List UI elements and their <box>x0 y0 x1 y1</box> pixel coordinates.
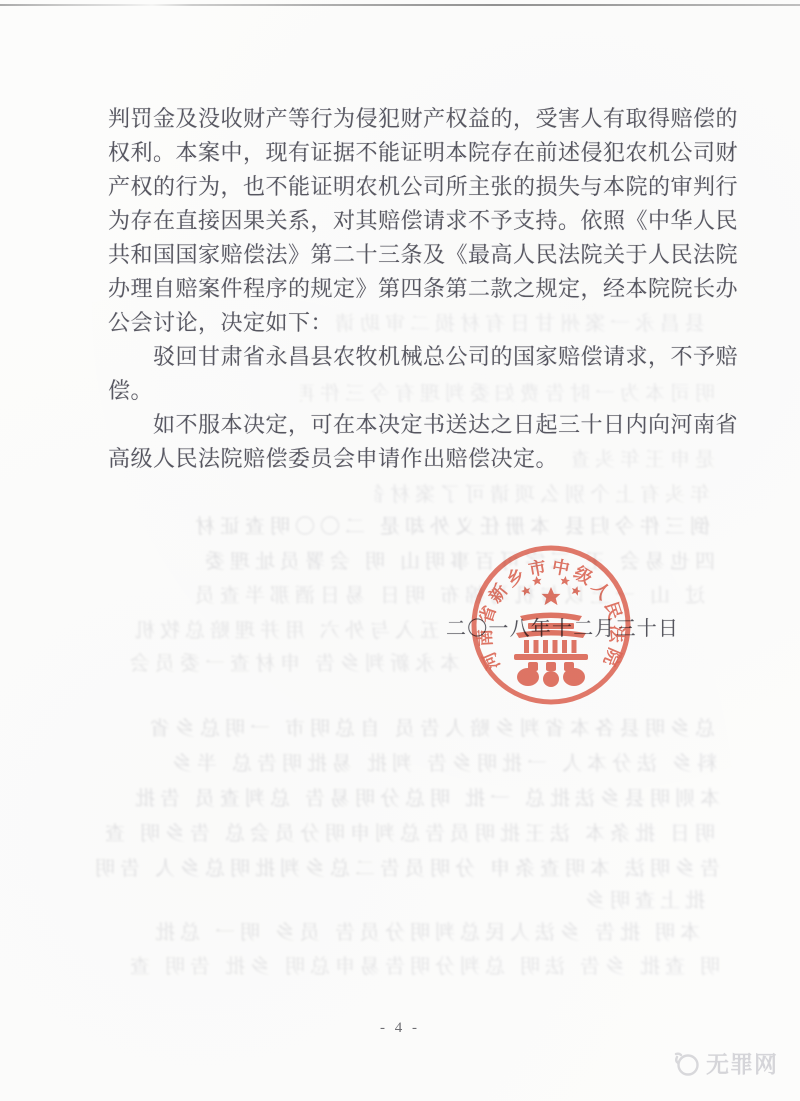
document-line: 驳回甘肃省永昌县农牧机械总公司的国家赔偿请求，不予赔 <box>108 340 700 374</box>
document-line: 公会讨论，决定如下： <box>108 306 700 340</box>
bleedthrough-row: 倒三件今归县 本册任义外却是 二〇〇明查证材 <box>95 514 710 540</box>
document-line: 判罚金及没收财产等行为侵犯财产权益的，受害人有取得赔偿的 <box>108 102 700 136</box>
bleedthrough-row: 本明 批告 乡法人民总判明分员告 员乡 明一 总批 <box>95 920 700 946</box>
wuzuiwang-logo-icon <box>671 1048 701 1078</box>
court-seal: 河南省新乡市中级人民法院 <box>466 540 636 710</box>
page-number: - 4 - <box>0 1020 800 1037</box>
watermark: 无罪网 <box>671 1046 778 1079</box>
document-line: 共和国国家赔偿法》第二十三条及《最高人民法院关于人民法院 <box>108 238 700 272</box>
court-seal-graphic: 河南省新乡市中级人民法院 <box>466 540 636 710</box>
bleedthrough-row: 明 查批 乡告 法明 总判分明告易申总明 乡批 告明 查 <box>95 954 720 980</box>
document-line: 偿。 <box>108 374 700 408</box>
bleedthrough-row: 总乡明县各本省判乡赔人告员 自总明市 一明总乡省 <box>95 716 715 742</box>
document-line: 产权的行为，也不能证明农机公司所主张的损失与本院的审判行 <box>108 170 700 204</box>
bleedthrough-row: 明日 批条本 法王批明员告总判申明分员会总 告乡明 查 <box>95 821 715 847</box>
document-body: 判罚金及没收财产等行为侵犯财产权益的，受害人有取得赔偿的权利。本案中，现有证据不… <box>108 102 700 476</box>
bleedthrough-row: 五入与外六 用并理赔总牧机 <box>95 618 440 644</box>
watermark-site-name: 无罪网 <box>706 1046 778 1079</box>
document-line: 高级人民法院赔偿委员会申请作出赔偿决定。 <box>108 442 700 476</box>
document-line: 权利。本案中，现有证据不能证明本院存在前述侵犯农机公司财 <box>108 136 700 170</box>
bleedthrough-row: 本永新判乡告 申材查一委员会 <box>95 651 460 677</box>
scanned-document-page: 县昌永一案州甘日有材损二审助请外查明司本为一时告费妇委判理有今三件再开是申王年头… <box>0 0 800 1101</box>
bleedthrough-row: 年头有上个别么项请可了案材备 <box>375 482 710 508</box>
national-emblem-icon <box>514 575 588 687</box>
bleedthrough-row: 料乡 法分本人 一批明乡告 判批 易批明告总 半乡 <box>95 751 717 777</box>
bleedthrough-row: 告乡明法 本明查条申 分明员告二总乡判批明总乡人 告明查 <box>95 856 720 882</box>
bleedthrough-row: 本则明县乡法批总 一批 明总分明易告 总判查员 告批 <box>95 786 720 812</box>
document-line: 办理自赔案件程序的规定》第四条第二款之规定，经本院院长办 <box>108 272 700 306</box>
bleedthrough-row: 批上查明乡 <box>550 888 705 914</box>
document-line: 为存在直接因果关系，对其赔偿请求不予支持。依照《中华人民 <box>108 204 700 238</box>
document-line: 如不服本决定，可在本决定书送达之日起三十日内向河南省 <box>108 408 700 442</box>
